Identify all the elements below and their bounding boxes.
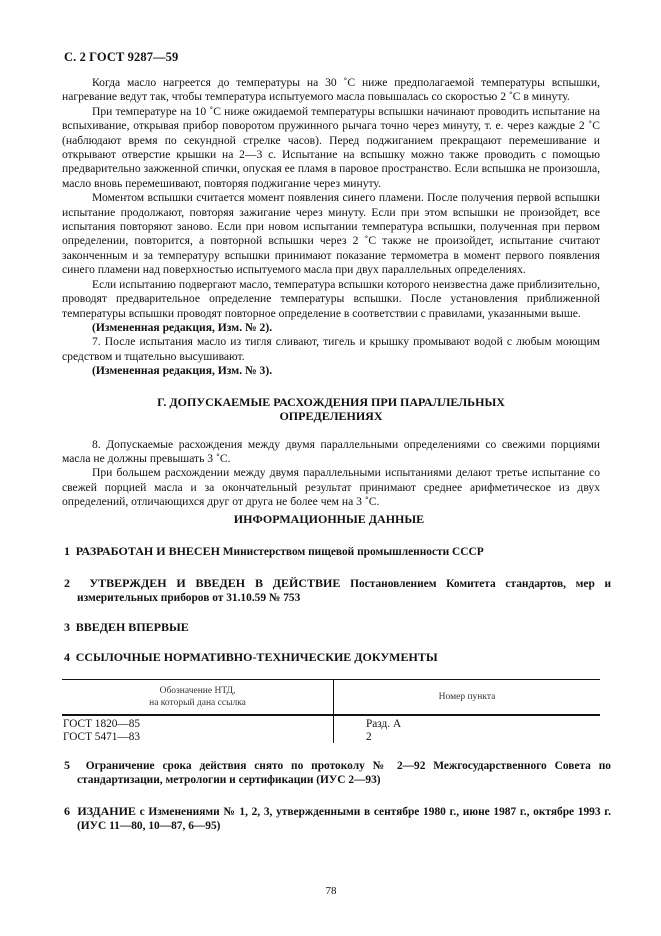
paragraph: Моментом вспышки считается момент появле… xyxy=(62,191,600,277)
body-text: Когда масло нагреется до температуры на … xyxy=(62,76,600,510)
references-table: Обозначение НТД, на который дана ссылка … xyxy=(62,679,600,743)
paragraph: При большем расхождении между двумя пара… xyxy=(62,466,600,509)
cell-clause: Разд. А 2 xyxy=(334,715,601,743)
header-ntd-designation: Обозначение НТД, на который дана ссылка xyxy=(62,680,334,716)
amendment-note: (Измененная редакция, Изм. № 3). xyxy=(62,364,600,378)
table-header-row: Обозначение НТД, на который дана ссылка … xyxy=(62,680,600,716)
info-item-1: 1 РАЗРАБОТАН И ВНЕСЕН Министерством пище… xyxy=(64,544,611,559)
table-row: ГОСТ 1820—85 ГОСТ 5471—83 Разд. А 2 xyxy=(62,715,600,743)
paragraph: 7. После испытания масло из тигля сливаю… xyxy=(62,335,600,364)
section-title-line: Г. ДОПУСКАЕМЫЕ РАСХОЖДЕНИЯ ПРИ ПАРАЛЛЕЛЬ… xyxy=(62,395,600,410)
info-item-4: 4 ССЫЛОЧНЫЕ НОРМАТИВНО-ТЕХНИЧЕСКИЕ ДОКУМ… xyxy=(64,650,611,665)
info-section: ИНФОРМАЦИОННЫЕ ДАННЫЕ xyxy=(62,512,600,527)
paragraph: Когда масло нагреется до температуры на … xyxy=(62,76,600,105)
info-item-6: 6 ИЗДАНИЕ с Изменениями № 1, 2, 3, утвер… xyxy=(64,804,611,834)
info-item-5: 5 Ограничение срока действия снято по пр… xyxy=(64,758,611,788)
header-clause-number: Номер пункта xyxy=(334,680,601,716)
info-item-2: 2 УТВЕРЖДЕН И ВВЕДЕН В ДЕЙСТВИЕ Постанов… xyxy=(64,576,611,606)
info-item-3: 3 ВВЕДЕН ВПЕРВЫЕ xyxy=(64,620,611,635)
paragraph: Если испытанию подвергают масло, темпера… xyxy=(62,278,600,321)
cell-ntd: ГОСТ 1820—85 ГОСТ 5471—83 xyxy=(62,715,334,743)
page-number: 78 xyxy=(62,885,600,897)
section-title-line: ОПРЕДЕЛЕНИЯХ xyxy=(62,409,600,424)
info-title: ИНФОРМАЦИОННЫЕ ДАННЫЕ xyxy=(58,512,600,527)
paragraph: 8. Допускаемые расхождения между двумя п… xyxy=(62,438,600,467)
running-head: С. 2 ГОСТ 9287—59 xyxy=(64,50,178,65)
amendment-note: (Измененная редакция, Изм. № 2). xyxy=(62,321,600,335)
paragraph: При температуре на 10 ˚С ниже ожидаемой … xyxy=(62,105,600,191)
section-title: Г. ДОПУСКАЕМЫЕ РАСХОЖДЕНИЯ ПРИ ПАРАЛЛЕЛЬ… xyxy=(62,395,600,424)
